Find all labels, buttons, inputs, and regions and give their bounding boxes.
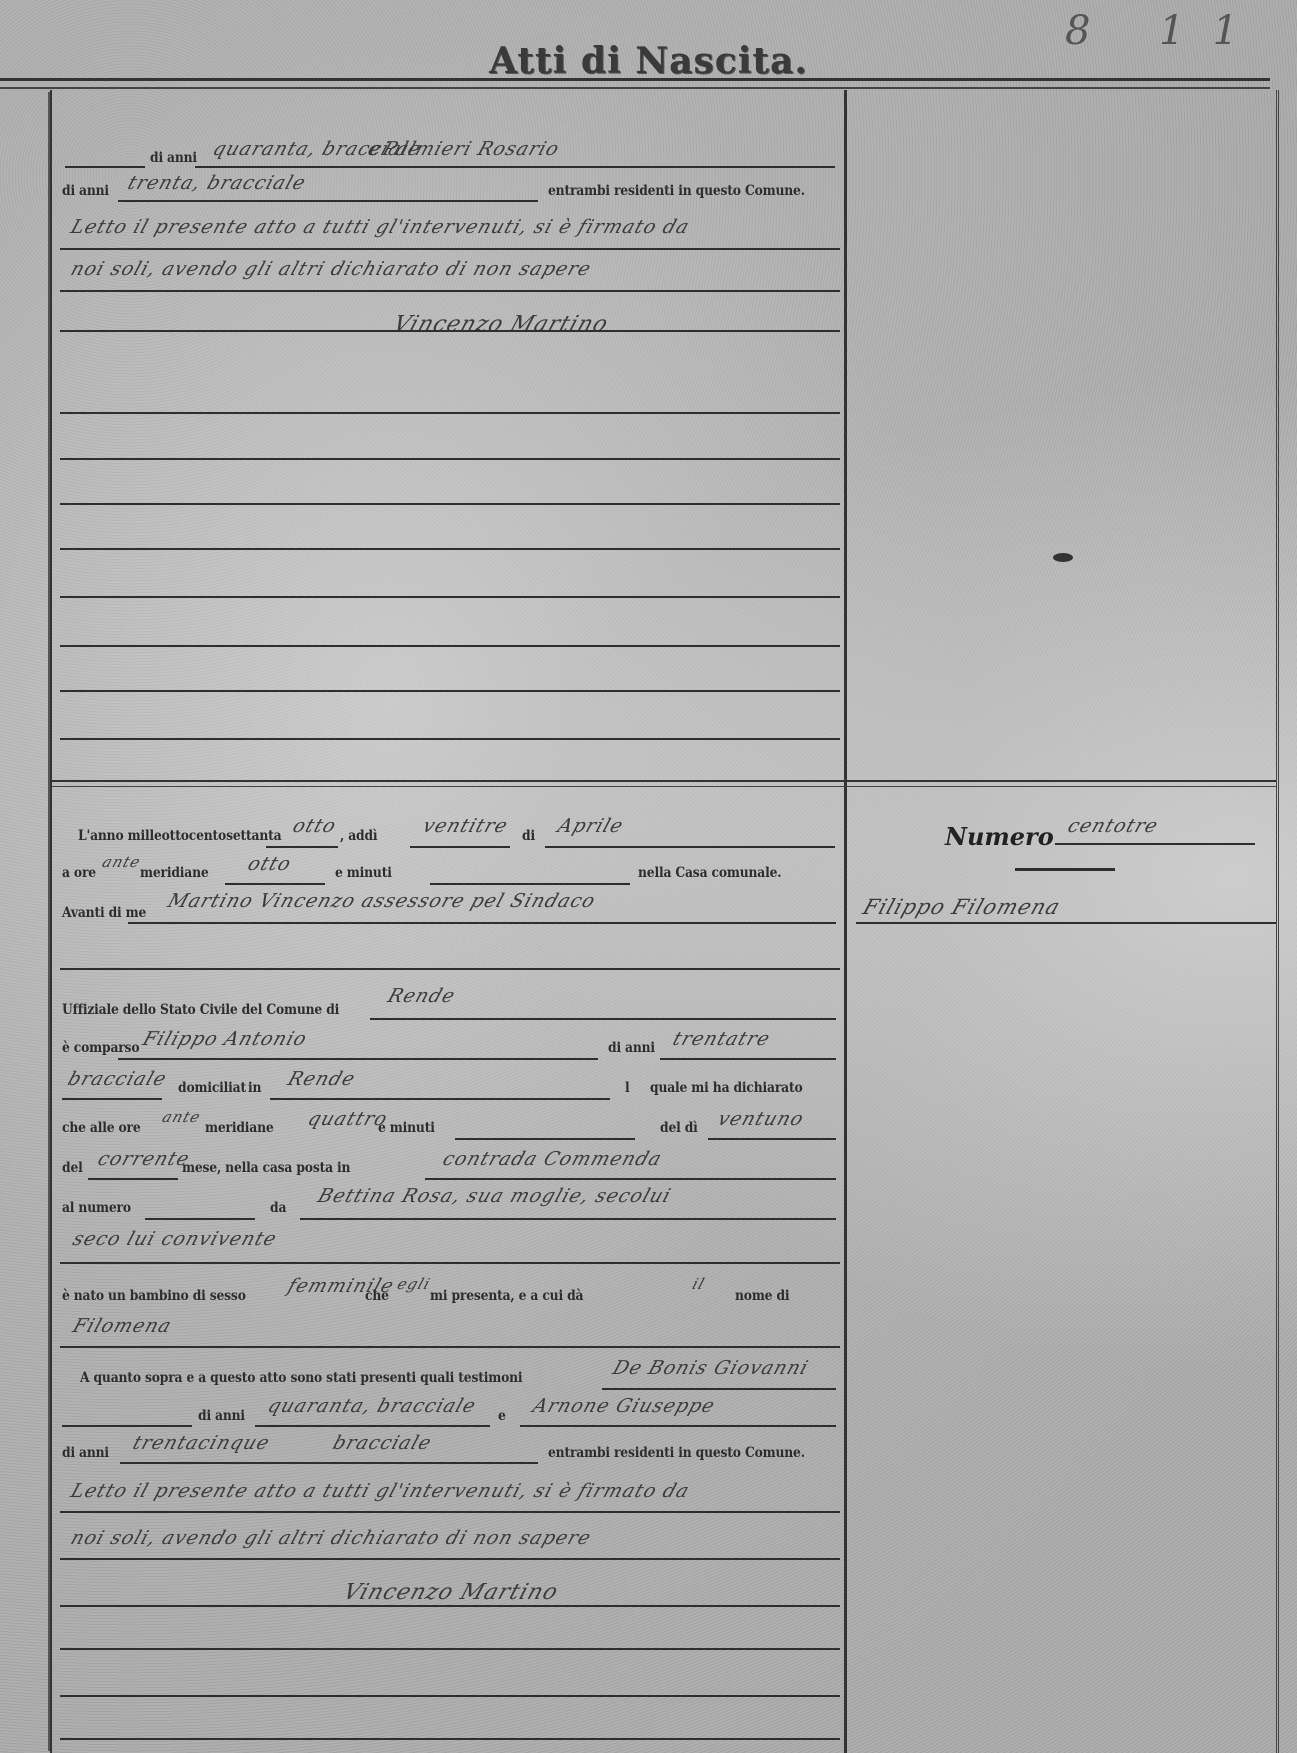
entry-rule — [410, 846, 510, 848]
hw-ante-2: ante — [160, 1108, 203, 1126]
hw-egli: egli — [395, 1275, 433, 1293]
ruled-line — [60, 503, 840, 505]
ruled-line — [60, 1262, 840, 1264]
hw-record-number: centotre — [1065, 815, 1161, 837]
ruled-line — [60, 1738, 840, 1740]
entry-rule — [455, 1138, 635, 1140]
label-che-alle-ore: che alle ore — [62, 1120, 140, 1136]
hw-witness-age-2: trenta, bracciale — [125, 172, 309, 194]
label-minuti-2: e minuti — [378, 1120, 435, 1136]
entry-rule — [520, 1425, 836, 1427]
ink-blot — [1053, 553, 1073, 562]
label-nome-di: nome di — [735, 1288, 789, 1304]
residency-text-2: entrambi residenti in questo Comune. — [548, 1445, 805, 1461]
label-anno: L'anno milleottocentosettanta — [78, 828, 281, 844]
entry-rule — [255, 1425, 490, 1427]
hw-witness-1: De Bonis Giovanni — [610, 1357, 811, 1379]
blank-rule — [65, 166, 145, 168]
hw-convivente: seco lui convivente — [70, 1228, 280, 1250]
header-rule — [0, 78, 1270, 89]
ruled-line — [60, 645, 840, 647]
entry-rule — [545, 846, 835, 848]
label-domiciliat: domiciliat — [178, 1080, 246, 1096]
hw-witness-1-age: quaranta, bracciale — [265, 1395, 479, 1417]
hw-signature: Vincenzo Martino — [390, 312, 612, 337]
ruled-line — [60, 738, 840, 740]
ruled-line — [60, 548, 840, 550]
entry-rule — [1055, 843, 1255, 845]
residency-text: entrambi residenti in questo Comune. — [548, 183, 805, 199]
hw-month: Aprile — [555, 815, 627, 837]
entry-rule — [708, 1138, 836, 1140]
label-che: che — [365, 1288, 389, 1304]
entry-rule — [62, 1098, 162, 1100]
entry-rule — [266, 846, 338, 848]
label-ufficiale: Uffiziale dello Stato Civile del Comune … — [62, 1002, 339, 1018]
hw-closing-line-1b: Letto il presente atto a tutti gl'interv… — [68, 1480, 693, 1502]
label-di-anni-5: di anni — [62, 1445, 109, 1461]
hw-second-witness: Palmieri Rosario — [380, 138, 562, 160]
ruled-line — [60, 412, 840, 414]
hw-closing-line-2b: noi soli, avendo gli altri dichiarato di… — [68, 1527, 594, 1549]
entry-rule — [430, 883, 630, 885]
entry-rule — [425, 1178, 836, 1180]
hw-official: Martino Vincenzo assessore pel Sindaco — [165, 890, 599, 912]
label-meridiane: meridiane — [140, 865, 209, 881]
label-al-numero: al numero — [62, 1200, 131, 1216]
hw-child-name: Filomena — [70, 1315, 175, 1337]
label-di-anni-3: di anni — [608, 1040, 655, 1056]
numero-label: Numero — [945, 822, 1054, 851]
hw-occupation: bracciale — [65, 1068, 170, 1090]
label-presenta: mi presenta, e a cui dà — [430, 1288, 583, 1304]
ruled-line — [60, 1695, 840, 1697]
hw-birth-day: ventuno — [715, 1108, 807, 1130]
hw-day: ventitre — [420, 815, 511, 837]
entry-rule — [602, 1388, 836, 1390]
hw-declarant: Filippo Antonio — [140, 1028, 310, 1050]
label-di-anni: di anni — [150, 150, 197, 166]
ruled-line — [60, 290, 840, 292]
hw-closing-line-2: noi soli, avendo gli altri dichiarato di… — [68, 258, 594, 280]
ruled-line — [60, 1346, 840, 1348]
entry-rule — [145, 1218, 255, 1220]
entry-rule — [660, 1058, 836, 1060]
entry-rule — [120, 1462, 538, 1464]
entry-rule — [62, 1425, 192, 1427]
hw-domicile: Rende — [285, 1068, 358, 1090]
ruled-line — [60, 968, 840, 970]
ruled-line — [60, 1648, 840, 1650]
ruled-line — [60, 248, 840, 250]
hw-ante: ante — [100, 853, 143, 871]
label-comparso: è comparso — [62, 1040, 139, 1056]
entry-rule — [270, 1098, 610, 1100]
ruled-line — [60, 458, 840, 460]
entry-rule — [856, 922, 1276, 924]
ruled-line — [60, 1511, 840, 1513]
label-in: in — [248, 1080, 261, 1096]
label-di: di — [522, 828, 535, 844]
label-nato: è nato un bambino di sesso — [62, 1288, 246, 1304]
ruled-line — [60, 1558, 840, 1560]
hw-location: contrada Commenda — [440, 1148, 665, 1170]
hw-mother: Bettina Rosa, sua moglie, secolui — [315, 1185, 674, 1207]
label-di-anni-4: di anni — [198, 1408, 245, 1424]
label-l: l — [625, 1080, 630, 1096]
entry-rule — [118, 1058, 598, 1060]
hw-witness-2-occupation: bracciale — [330, 1432, 435, 1454]
hw-signature-2: Vincenzo Martino — [340, 1580, 562, 1605]
label-meridiane-2: meridiane — [205, 1120, 274, 1136]
label-minuti: e minuti — [335, 865, 392, 881]
ruled-line — [60, 596, 840, 598]
flourish-rule — [1015, 868, 1115, 871]
hw-year: otto — [290, 815, 339, 837]
entry-rule — [370, 1018, 836, 1020]
hw-comune: Rende — [385, 985, 458, 1007]
hw-hour: otto — [245, 853, 294, 875]
label-del: del — [62, 1160, 83, 1176]
label-avanti: Avanti di me — [62, 905, 146, 921]
entry-rule — [88, 1178, 178, 1180]
label-mese-casa: mese, nella casa posta in — [182, 1160, 350, 1176]
hw-margin-child-name: Filippo Filomena — [860, 895, 1064, 919]
ruled-line — [60, 690, 840, 692]
label-dichiarato: quale mi ha dichiarato — [650, 1080, 803, 1096]
entry-rule — [128, 922, 836, 924]
label-testimoni: A quanto sopra e a questo atto sono stat… — [80, 1370, 522, 1386]
entry-rule — [225, 883, 325, 885]
label-di-anni-2: di anni — [62, 183, 109, 199]
entry-rule — [195, 166, 835, 168]
entry-rule — [118, 200, 538, 202]
label-casa-comunale: nella Casa comunale. — [638, 865, 781, 881]
label-da: da — [270, 1200, 286, 1216]
hw-witness-2-age: trentacinque — [130, 1432, 273, 1454]
hw-witness-2: Arnone Giuseppe — [530, 1395, 718, 1417]
ruled-line — [60, 330, 840, 332]
label-del-di: del dì — [660, 1120, 698, 1136]
ruled-line — [60, 1605, 840, 1607]
hw-month-ref: corrente — [95, 1148, 193, 1170]
page-title: Atti di Nascita. — [0, 40, 1297, 82]
hw-declarant-age: trentatre — [670, 1028, 773, 1050]
entry-rule — [300, 1218, 836, 1220]
label-e: e — [498, 1408, 506, 1424]
hw-closing-line-1: Letto il presente atto a tutti gl'interv… — [68, 216, 693, 238]
label-a-ore: a ore — [62, 865, 96, 881]
label-addi: , addì — [340, 828, 377, 844]
record-divider — [52, 780, 1276, 787]
